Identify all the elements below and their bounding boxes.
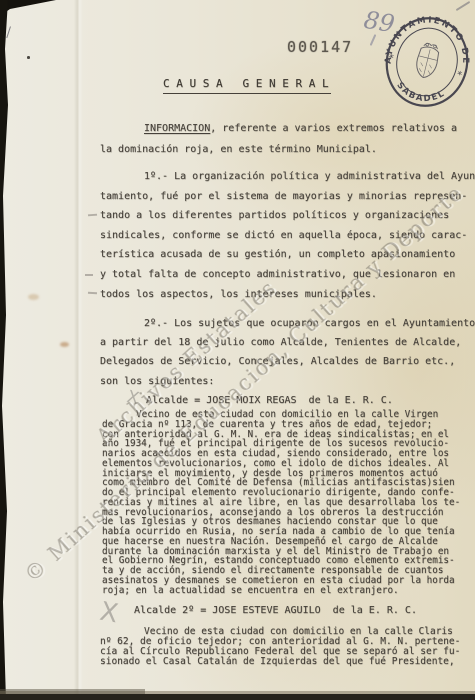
scan-edge-left	[0, 0, 9, 700]
corner-pen-mark	[456, 1, 471, 11]
pencil-dash	[88, 214, 97, 216]
text-line: Delegados de Servicio, Concejales, Alcal…	[100, 352, 470, 371]
paper-stain	[28, 294, 39, 300]
text-line: sionado el Casal Catalán de Izquierdas d…	[100, 657, 470, 667]
document-title: C A U S A G E N E R A L	[163, 77, 331, 94]
text-line: todos los aspectos, los intereses munici…	[100, 285, 470, 305]
seal-bottom-label: SABADELL	[392, 49, 456, 110]
pencil-stroke	[370, 34, 377, 46]
seal-star-right-icon: *	[455, 70, 463, 82]
intro-line-1: INFORMACION, referente a varios extremos…	[100, 118, 470, 139]
text-line: tamiento, fué por el sistema de mayorias…	[100, 187, 470, 207]
alcalde-1-heading: Alcalde = JOSE MOIX REGAS de la E. R. C.	[146, 395, 393, 406]
scanned-document-page: 000147 89 C A U S A G E N E R A L INFORM…	[0, 0, 475, 700]
scan-edge-top-left	[0, 0, 58, 18]
alcalde-2-heading: Alcalde 2º = JOSE ESTEVE AGUILO de la E.…	[134, 605, 417, 616]
pencil-dash	[88, 292, 97, 294]
intro-line-1-rest: , referente a varios extremos relativos …	[210, 123, 457, 134]
alcalde-2-description: Vecino de esta ciudad con domicilio en l…	[100, 627, 470, 667]
text-line: tando a los diferentes partidos político…	[100, 206, 470, 226]
text-line: roja; en la actualidad se encuentra en e…	[102, 586, 470, 596]
text-line: sindicales, conforme se dictó en aquella…	[100, 226, 470, 246]
text-line: terística acusada de su gestión, un comp…	[100, 245, 470, 265]
text-line: y total falta de concepto administrativo…	[100, 265, 470, 285]
text-line: 1º.- La organización política y administ…	[100, 167, 470, 187]
folio-number-stamp: 000147	[287, 38, 353, 56]
text-line: a partir del 18 de julio como Alcalde, T…	[100, 333, 470, 352]
paragraph-section-1: 1º.- La organización política y administ…	[100, 167, 470, 304]
ink-squiggle	[6, 26, 15, 39]
underlined-lead-word: INFORMACION	[144, 123, 210, 134]
alcalde-1-description: Vecino de esta ciudad con domicilio en l…	[102, 410, 470, 595]
paragraph-section-2: 2º.- Los sujetos que ocuparon cargos en …	[100, 314, 470, 391]
pencil-x-mark: X	[98, 597, 121, 630]
intro-paragraph: INFORMACION, referente a varios extremos…	[100, 118, 470, 160]
paper-fold-line	[74, 0, 83, 700]
rust-stain	[60, 342, 69, 347]
text-line: son los siguientes:	[100, 372, 470, 391]
pencil-dash	[85, 274, 93, 276]
intro-line-2: la dominación roja, en este término Muni…	[100, 139, 470, 160]
text-line: 2º.- Los sujetos que ocuparon cargos en …	[100, 314, 470, 333]
ink-dot	[27, 56, 30, 59]
scan-edge-bottom	[0, 694, 475, 700]
seal-coat-of-arms-icon	[413, 42, 441, 80]
